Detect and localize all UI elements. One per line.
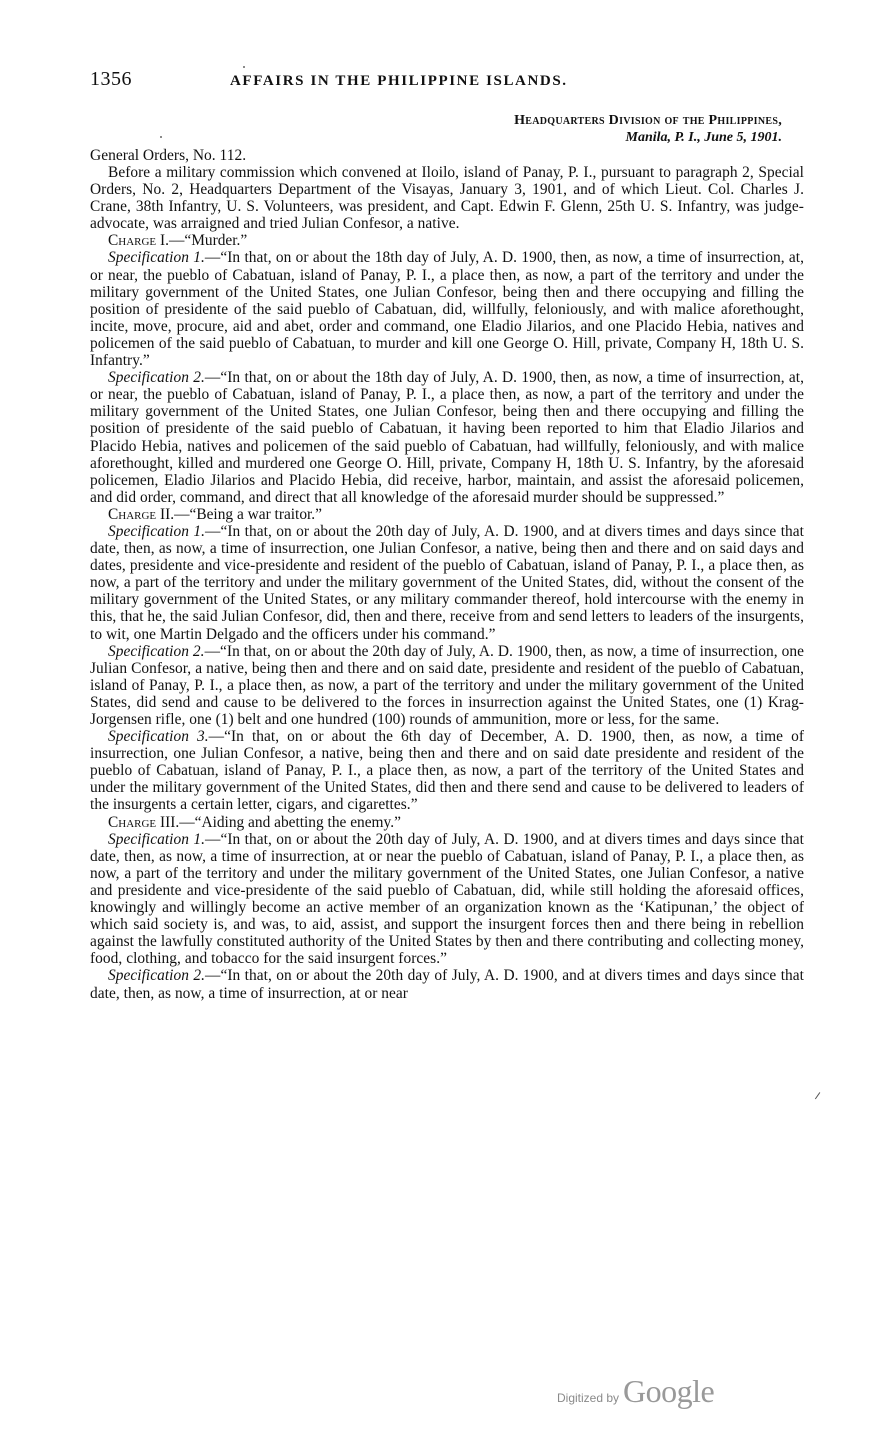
scan-artifact-dot — [160, 136, 162, 138]
order-heading: Headquarters Division of the Philippines… — [90, 112, 804, 146]
charge-heading: Charge I.—“Murder.” — [90, 232, 804, 249]
charge-label: Charge II. — [108, 506, 174, 523]
dateline: Manila, P. I., June 5, 1901. — [90, 129, 782, 146]
page-number: 1356 — [90, 68, 230, 91]
specification-text: —“In that, on or about the 18th day of J… — [90, 249, 804, 369]
charge-heading: Charge III.—“Aiding and abetting the ene… — [90, 814, 804, 831]
intro-paragraph: Before a military commission which conve… — [90, 164, 804, 232]
specification-label: Specification 1. — [108, 523, 205, 540]
specification-paragraph: Specification 3.—“In that, on or about t… — [90, 728, 804, 813]
specification-label: Specification 2. — [108, 369, 205, 386]
specification-label: Specification 1. — [108, 249, 205, 266]
specification-paragraph: Specification 1.—“In that, on or about t… — [90, 523, 804, 643]
specification-paragraph: Specification 2.—“In that, on or about t… — [90, 643, 804, 728]
specification-paragraph: Specification 1.—“In that, on or about t… — [90, 249, 804, 369]
general-orders-number: General Orders, No. 112. — [90, 147, 804, 164]
charge-title: —“Murder.” — [169, 232, 247, 249]
charge-heading: Charge II.—“Being a war traitor.” — [90, 506, 804, 523]
specification-text: —“In that, on or about the 20th day of J… — [90, 831, 804, 968]
running-title: AFFAIRS IN THE PHILIPPINE ISLANDS. — [230, 73, 568, 90]
specification-text: —“In that, on or about the 20th day of J… — [90, 523, 804, 643]
specification-paragraph: Specification 2.—“In that, on or about t… — [90, 967, 804, 1001]
digitized-by-watermark: Digitized by Google — [557, 1373, 714, 1410]
charge-title: —“Aiding and abetting the enemy.” — [179, 814, 401, 831]
running-head: 1356 AFFAIRS IN THE PHILIPPINE ISLANDS. — [90, 68, 804, 94]
specification-paragraph: Specification 2.—“In that, on or about t… — [90, 369, 804, 506]
specification-text: —“In that, on or about the 18th day of J… — [90, 369, 804, 506]
issuer-line: Headquarters Division of the Philippines… — [90, 112, 782, 129]
specification-label: Specification 2. — [108, 967, 205, 984]
digitized-by-label: Digitized by — [557, 1391, 619, 1405]
charge-label: Charge I. — [108, 232, 169, 249]
specification-label: Specification 2. — [108, 643, 205, 660]
specification-label: Specification 1. — [108, 831, 205, 848]
scan-artifact-mark — [815, 1092, 821, 1100]
specification-label: Specification 3. — [108, 728, 209, 745]
document-page: 1356 AFFAIRS IN THE PHILIPPINE ISLANDS. … — [90, 68, 804, 1002]
google-logo-icon: Google — [623, 1373, 714, 1410]
charge-title: —“Being a war traitor.” — [174, 506, 322, 523]
charge-label: Charge III. — [108, 814, 179, 831]
specification-paragraph: Specification 1.—“In that, on or about t… — [90, 831, 804, 968]
scan-artifact-dot — [243, 66, 245, 68]
